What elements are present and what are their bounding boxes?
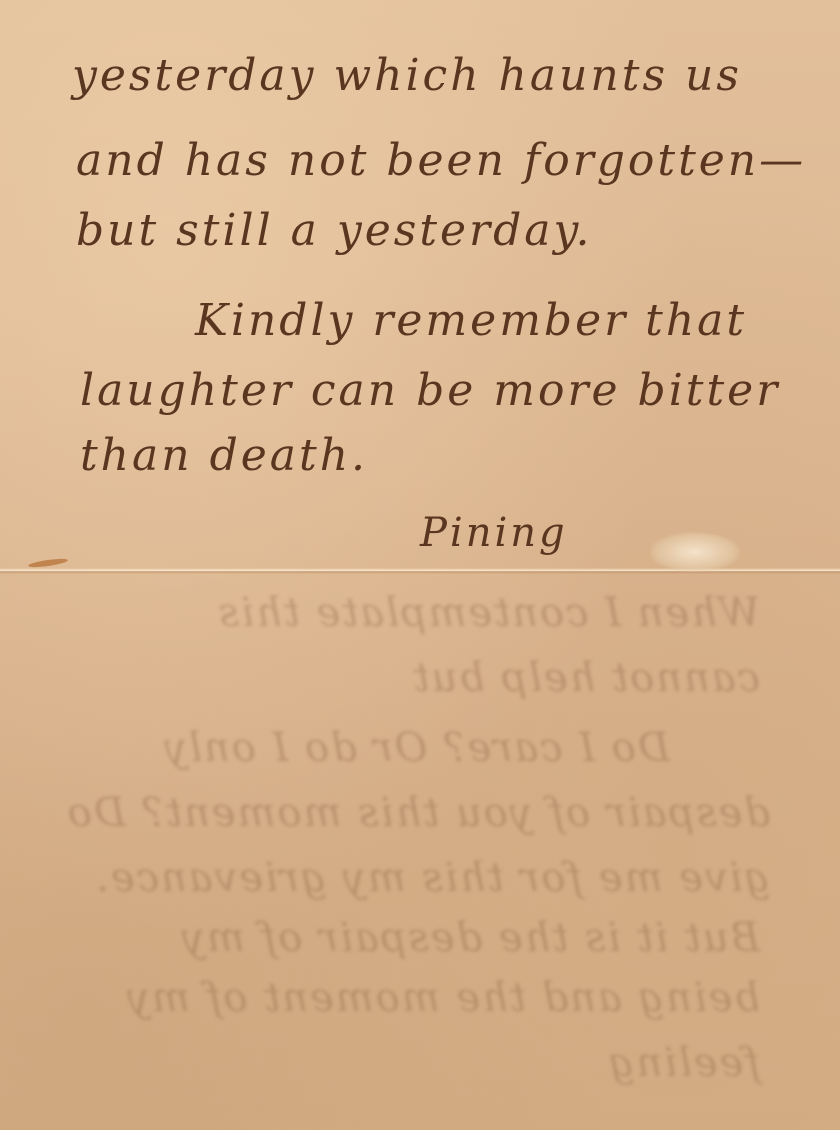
bleed-line: being and the moment of my: [125, 975, 760, 1021]
bleed-line: cannot help but: [411, 655, 760, 701]
letter-line-3: but still a yesterday.: [76, 205, 592, 256]
signature: Pining: [420, 510, 568, 556]
letter-line-1: yesterday which haunts us: [72, 50, 742, 101]
bleed-line: Do I care? Or do I only: [163, 725, 670, 771]
letter-line-2: and has not been forgotten—: [76, 135, 806, 186]
letter-line-6: than death.: [80, 430, 368, 481]
bleed-line: When I contemplate this: [217, 590, 760, 636]
letter-line-4: Kindly remember that: [195, 295, 747, 346]
bleed-line: But it is the despair of my: [180, 915, 760, 961]
bleed-line: despair of you this moment? Do: [66, 790, 770, 836]
letter-line-5: laughter can be more bitter: [80, 365, 780, 416]
bleed-line: feeling: [607, 1040, 760, 1086]
paper-tear: [650, 532, 740, 572]
bleed-line: give me for this my grievance.: [94, 855, 770, 901]
